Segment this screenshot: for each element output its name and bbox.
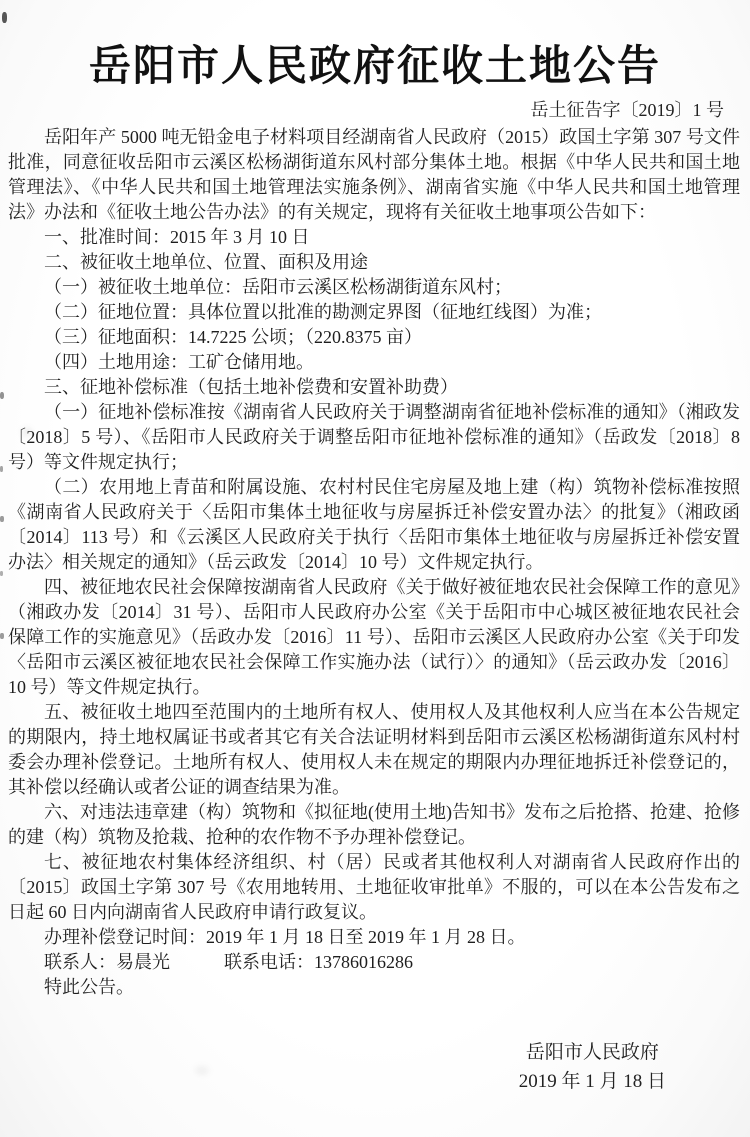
document-body: 岳阳年产 5000 吨无铅金电子材料项目经湖南省人民政府（2015）政国土字第 … xyxy=(0,125,750,1000)
contact-phone-label: 联系电话： xyxy=(224,952,314,972)
contact-line: 联系人：易晨光联系电话：13786016286 xyxy=(8,950,740,975)
contact-person-label: 联系人： xyxy=(44,952,116,972)
scan-speck xyxy=(2,12,7,23)
body-paragraph-item-7: 七、被征地农村集体经济组织、村（居）民或者其他权利人对湖南省人民政府作出的〔20… xyxy=(8,850,740,925)
body-paragraph-item-5: 五、被征收土地四至范围内的土地所有权人、使用权人及其他权利人应当在本公告规定的期… xyxy=(8,700,740,800)
signature-issuer: 岳阳市人民政府 xyxy=(519,1038,666,1067)
body-paragraph-item-3-2: （二）农用地上青苗和附属设施、农村村民住宅房屋及地上建（构）筑物补偿标准按照《湖… xyxy=(8,475,740,575)
scan-smudge xyxy=(195,1066,209,1075)
signature-date: 2019 年 1 月 18 日 xyxy=(519,1067,666,1096)
body-paragraph-item-1: 一、批准时间：2015 年 3 月 10 日 xyxy=(8,225,740,250)
scan-speck xyxy=(0,571,3,576)
scan-smudge xyxy=(22,428,32,436)
body-paragraph-item-2-4: （四）土地用途：工矿仓储用地。 xyxy=(8,350,740,375)
body-paragraph-item-2-3: （三）征地面积：14.7225 公顷；（220.8375 亩） xyxy=(8,325,740,350)
body-paragraph-registration-time: 办理补偿登记时间：2019 年 1 月 18 日至 2019 年 1 月 28 … xyxy=(8,925,740,950)
signature-block: 岳阳市人民政府 2019 年 1 月 18 日 xyxy=(0,1038,750,1096)
scan-speck xyxy=(0,516,4,522)
body-paragraph-item-4: 四、被征地农民社会保障按湖南省人民政府《关于做好被征地农民社会保障工作的意见》（… xyxy=(8,575,740,700)
body-paragraph-item-3: 三、征地补偿标准（包括土地补偿费和安置补助费） xyxy=(8,375,740,400)
body-paragraph-intro: 岳阳年产 5000 吨无铅金电子材料项目经湖南省人民政府（2015）政国土字第 … xyxy=(8,125,740,225)
announcement-page: 岳阳市人民政府征收土地公告 岳土征告字〔2019〕1 号 岳阳年产 5000 吨… xyxy=(0,0,750,1137)
contact-person-name: 易晨光 xyxy=(116,952,170,972)
body-paragraph-item-6: 六、对违法违章建（构）筑物和《拟征地(使用土地)告知书》发布之后抢搭、抢建、抢修… xyxy=(8,800,740,850)
body-paragraph-item-3-1: （一）征地补偿标准按《湖南省人民政府关于调整湖南省征地补偿标准的通知》（湘政发〔… xyxy=(8,400,740,475)
scan-speck xyxy=(0,466,3,472)
scan-speck xyxy=(0,392,4,399)
body-paragraph-item-2-2: （二）征地位置：具体位置以批准的勘测定界图（征地红线图）为准； xyxy=(8,300,740,325)
body-paragraph-item-2: 二、被征收土地单位、位置、面积及用途 xyxy=(8,250,740,275)
closing-statement: 特此公告。 xyxy=(8,975,740,1000)
contact-phone-number: 13786016286 xyxy=(314,952,413,972)
scan-speck xyxy=(0,633,4,639)
page-title: 岳阳市人民政府征收土地公告 xyxy=(0,0,750,92)
body-paragraph-item-2-1: （一）被征收土地单位：岳阳市云溪区松杨湖街道东风村； xyxy=(8,275,740,300)
signature-inner: 岳阳市人民政府 2019 年 1 月 18 日 xyxy=(519,1038,666,1096)
document-number: 岳土征告字〔2019〕1 号 xyxy=(0,98,724,123)
